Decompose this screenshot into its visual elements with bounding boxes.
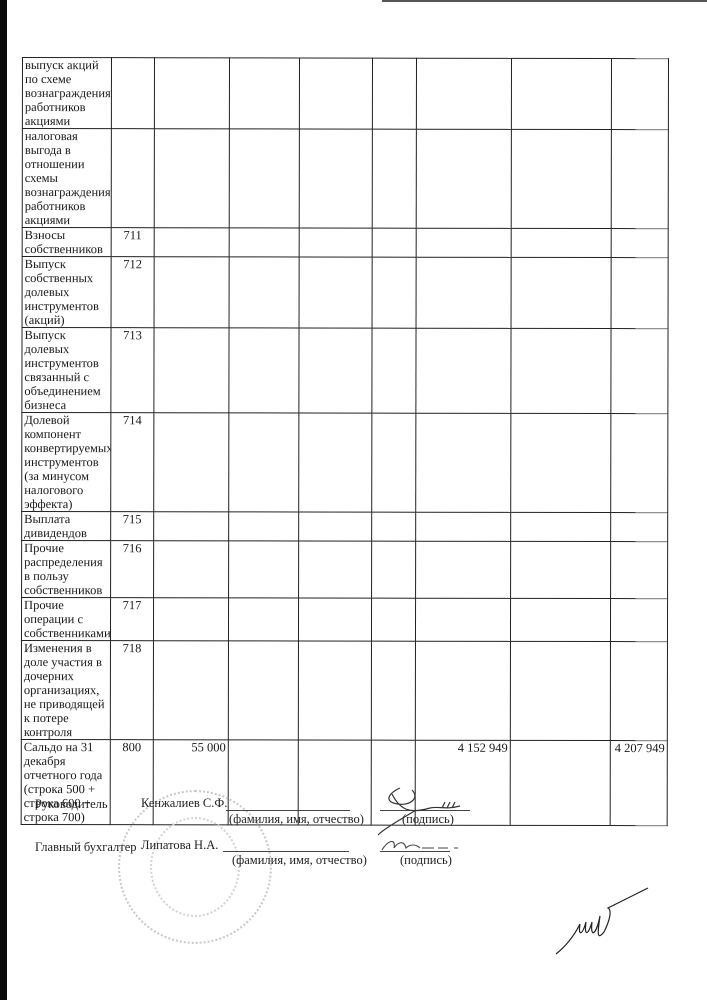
row-label: Изменения в доле участия в дочерних орга… — [21, 641, 110, 740]
row-code — [111, 129, 154, 228]
value-cell: 4 152 949 — [415, 740, 510, 825]
value-cell — [298, 641, 371, 740]
row-label: Прочие распределения в пользу собственни… — [22, 541, 111, 598]
value-cell — [229, 512, 299, 541]
initials-signature-icon — [552, 880, 652, 960]
value-cell: 4 207 949 — [610, 741, 667, 826]
value-cell — [416, 541, 511, 598]
value-cell — [154, 129, 229, 228]
row-label: Выпуск собственных долевых инструментов … — [22, 257, 111, 328]
value-cell — [416, 413, 511, 512]
value-cell — [229, 413, 299, 512]
row-code: 713 — [111, 328, 154, 413]
value-cell — [611, 130, 668, 229]
value-cell — [371, 740, 415, 825]
value-cell — [511, 228, 611, 257]
row-code — [111, 58, 154, 129]
value-cell — [416, 129, 511, 228]
value-cell — [229, 228, 299, 257]
value-cell — [299, 58, 372, 129]
value-cell — [372, 58, 416, 129]
value-cell — [416, 58, 511, 129]
value-cell — [229, 328, 299, 413]
value-cell — [511, 129, 611, 228]
table-row: выпуск акций по схеме вознаграждения раб… — [22, 58, 668, 130]
value-cell — [611, 513, 668, 542]
value-cell — [611, 414, 668, 513]
value-cell — [511, 413, 611, 512]
value-cell — [372, 257, 416, 328]
value-cell — [154, 512, 229, 541]
table-row: Взносы собственников711 — [22, 228, 668, 258]
value-cell — [416, 328, 511, 413]
value-cell — [298, 598, 371, 641]
value-cell — [416, 228, 511, 257]
equity-changes-table: выпуск акций по схеме вознаграждения раб… — [21, 57, 669, 826]
value-cell — [299, 328, 372, 413]
value-cell — [372, 328, 416, 413]
row-label: Взносы собственников — [22, 228, 111, 257]
row-label: Выпуск долевых инструментов связанный с … — [22, 328, 111, 413]
row-code: 718 — [110, 641, 153, 740]
value-cell — [299, 257, 372, 328]
accountant-sign-line — [380, 851, 450, 852]
value-cell — [154, 58, 229, 129]
value-cell — [610, 599, 667, 642]
value-cell — [510, 641, 610, 740]
value-cell — [510, 740, 610, 825]
table-row: Сальдо на 31 декабря отчетного года (стр… — [21, 739, 667, 825]
value-cell — [299, 413, 372, 512]
value-cell — [611, 258, 668, 329]
value-cell — [228, 641, 298, 740]
value-cell — [372, 228, 416, 257]
value-cell — [510, 598, 610, 641]
company-stamp — [118, 790, 272, 944]
value-cell — [610, 642, 667, 741]
row-label: Сальдо на 31 декабря отчетного года (стр… — [21, 739, 110, 824]
value-cell — [229, 257, 299, 328]
value-cell — [372, 129, 416, 228]
value-cell — [511, 512, 611, 541]
table-row: Прочие операции с собственниками717 — [21, 598, 667, 642]
value-cell — [154, 228, 229, 257]
value-cell — [154, 541, 229, 598]
row-code: 717 — [110, 598, 153, 641]
table-row: Выплата дивидендов715 — [22, 512, 668, 542]
table-row: Прочие распределения в пользу собственни… — [22, 541, 668, 599]
table-row: налоговая выгода в отношении схемы возна… — [22, 129, 668, 229]
value-cell — [511, 58, 611, 129]
value-cell — [228, 598, 298, 641]
table-row: Изменения в доле участия в дочерних орга… — [21, 641, 667, 741]
table-row: Выпуск собственных долевых инструментов … — [22, 257, 668, 329]
accountant-sign-caption: (подпись) — [400, 853, 452, 868]
value-cell — [229, 129, 299, 228]
row-code: 715 — [111, 512, 154, 541]
value-cell — [611, 329, 668, 414]
value-cell — [154, 413, 229, 512]
value-cell — [415, 641, 510, 740]
value-cell — [511, 541, 611, 598]
value-cell — [371, 641, 415, 740]
accountant-signature-icon — [378, 836, 478, 856]
value-cell — [372, 512, 416, 541]
value-cell — [372, 413, 416, 512]
row-label: Долевой компонент конвертируемых инструм… — [22, 413, 111, 512]
row-label: Прочие операции с собственниками — [21, 598, 110, 641]
value-cell — [153, 598, 228, 641]
value-cell — [511, 328, 611, 413]
table-row: Долевой компонент конвертируемых инструм… — [22, 413, 668, 513]
row-label: выпуск акций по схеме вознаграждения раб… — [22, 58, 111, 129]
row-code: 716 — [111, 541, 154, 598]
row-code: 711 — [111, 228, 154, 257]
value-cell — [153, 641, 228, 740]
value-cell — [415, 598, 510, 641]
table-row: Выпуск долевых инструментов связанный с … — [22, 328, 668, 414]
row-label: Выплата дивидендов — [22, 512, 111, 541]
value-cell — [299, 541, 372, 598]
value-cell — [229, 58, 299, 129]
scan-left-edge — [0, 0, 7, 1000]
value-cell — [416, 512, 511, 541]
value-cell — [371, 598, 415, 641]
value-cell — [299, 129, 372, 228]
scan-top-line — [382, 0, 707, 2]
value-cell — [511, 257, 611, 328]
value-cell — [154, 257, 229, 328]
row-code: 712 — [111, 257, 154, 328]
value-cell — [298, 740, 371, 825]
value-cell — [416, 257, 511, 328]
value-cell — [611, 59, 668, 130]
value-cell — [154, 328, 229, 413]
row-code: 714 — [111, 413, 154, 512]
value-cell — [299, 228, 372, 257]
value-cell — [372, 541, 416, 598]
value-cell — [229, 541, 299, 598]
value-cell — [611, 542, 668, 599]
row-label: налоговая выгода в отношении схемы возна… — [22, 129, 111, 228]
value-cell — [299, 512, 372, 541]
value-cell — [611, 229, 668, 258]
